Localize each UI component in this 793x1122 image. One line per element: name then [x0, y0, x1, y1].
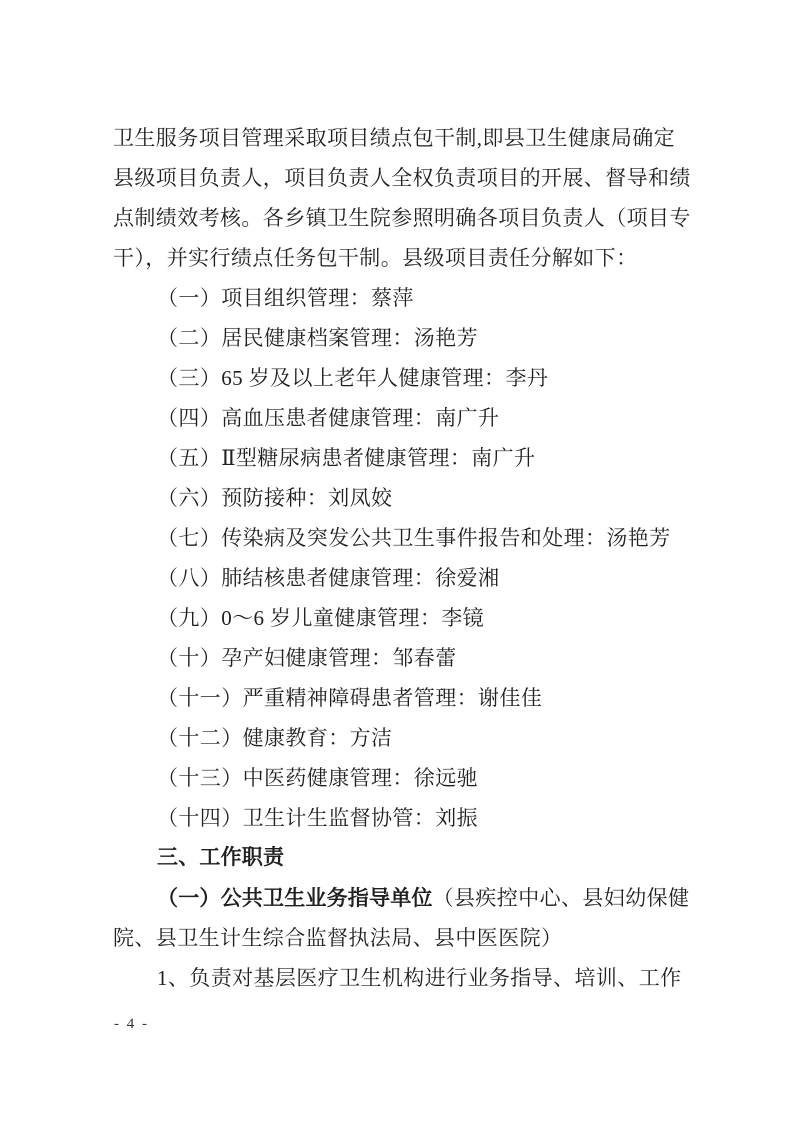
document-page: 卫生服务项目管理采取项目绩点包干制,即县卫生健康局确定 县级项目负责人，项目负责… — [0, 0, 793, 1122]
paragraph-line: 干），并实行绩点任务包干制。县级项目责任分解如下： — [113, 238, 683, 278]
list-item: （七）传染病及突发公共卫生事件报告和处理：汤艳芳 — [113, 518, 683, 558]
list-item: （五）Ⅱ型糖尿病患者健康管理：南广升 — [113, 438, 683, 478]
paragraph-line: 院、县卫生计生综合监督执法局、县中医医院） — [113, 918, 683, 958]
page-number: - 4 - — [114, 1014, 149, 1034]
list-item: （八）肺结核患者健康管理：徐爱湘 — [113, 558, 683, 598]
list-item: （二）居民健康档案管理：汤艳芳 — [113, 318, 683, 358]
subsection-heading-line: （一）公共卫生业务指导单位（县疾控中心、县妇幼保健 — [113, 878, 683, 918]
list-item: （十）孕产妇健康管理：邹春蕾 — [113, 638, 683, 678]
document-body: 卫生服务项目管理采取项目绩点包干制,即县卫生健康局确定 县级项目负责人，项目负责… — [113, 118, 683, 998]
list-item: （六）预防接种：刘凤姣 — [113, 478, 683, 518]
paragraph-line: 卫生服务项目管理采取项目绩点包干制,即县卫生健康局确定 — [113, 118, 683, 158]
list-item: （四）高血压患者健康管理：南广升 — [113, 398, 683, 438]
paragraph-line: 点制绩效考核。各乡镇卫生院参照明确各项目负责人（项目专 — [113, 198, 683, 238]
list-item: （九）0～6 岁儿童健康管理：李镜 — [113, 598, 683, 638]
subsection-heading-tail: （县疾控中心、县妇幼保健 — [433, 886, 690, 910]
paragraph-line: 1、负责对基层医疗卫生机构进行业务指导、培训、工作 — [113, 958, 683, 998]
list-item: （十四）卫生计生监督协管：刘振 — [113, 798, 683, 838]
paragraph-line: 县级项目负责人，项目负责人全权负责项目的开展、督导和绩 — [113, 158, 683, 198]
list-item: （十二）健康教育：方洁 — [113, 718, 683, 758]
list-item: （十一）严重精神障碍患者管理：谢佳佳 — [113, 678, 683, 718]
section-heading: 三、工作职责 — [113, 838, 683, 878]
list-item: （十三）中医药健康管理：徐远驰 — [113, 758, 683, 798]
subsection-heading-bold: （一）公共卫生业务指导单位 — [157, 887, 433, 910]
list-item: （一）项目组织管理：蔡萍 — [113, 278, 683, 318]
list-item: （三）65 岁及以上老年人健康管理：李丹 — [113, 358, 683, 398]
